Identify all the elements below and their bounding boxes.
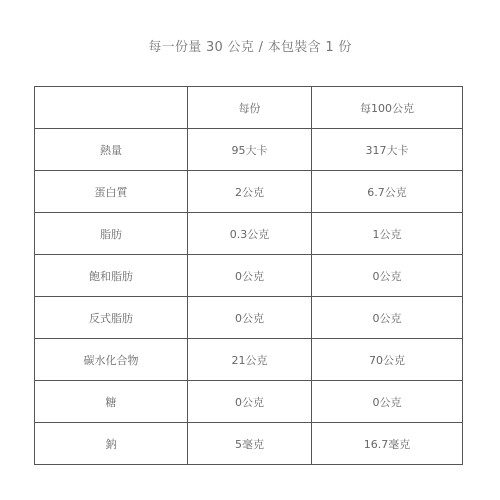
per-serving-value: 0.3公克 [188, 213, 312, 255]
table-row-protein: 蛋白質 2公克 6.7公克 [35, 171, 463, 213]
per-100g-value: 1公克 [312, 213, 463, 255]
header-nutrient [35, 87, 188, 129]
table-row-sugar: 糖 0公克 0公克 [35, 381, 463, 423]
per-serving-value: 5毫克 [188, 423, 312, 465]
nutrient-name: 飽和脂肪 [35, 255, 188, 297]
table-row-energy: 熱量 95大卡 317大卡 [35, 129, 463, 171]
per-100g-value: 317大卡 [312, 129, 463, 171]
per-serving-value: 95大卡 [188, 129, 312, 171]
per-serving-value: 0公克 [188, 255, 312, 297]
table-row-trans-fat: 反式脂肪 0公克 0公克 [35, 297, 463, 339]
nutrition-facts-table: 每份 每100公克 熱量 95大卡 317大卡 蛋白質 2公克 6.7公克 脂肪… [34, 86, 463, 465]
nutrient-name: 反式脂肪 [35, 297, 188, 339]
nutrient-name: 蛋白質 [35, 171, 188, 213]
per-100g-value: 70公克 [312, 339, 463, 381]
per-100g-value: 16.7毫克 [312, 423, 463, 465]
nutrient-name: 熱量 [35, 129, 188, 171]
nutrient-name: 鈉 [35, 423, 188, 465]
table-row-sodium: 鈉 5毫克 16.7毫克 [35, 423, 463, 465]
per-100g-value: 0公克 [312, 297, 463, 339]
table-row-fat: 脂肪 0.3公克 1公克 [35, 213, 463, 255]
per-100g-value: 6.7公克 [312, 171, 463, 213]
per-serving-value: 21公克 [188, 339, 312, 381]
nutrient-name: 糖 [35, 381, 188, 423]
table-row-saturated-fat: 飽和脂肪 0公克 0公克 [35, 255, 463, 297]
serving-size-caption: 每一份量 30 公克 / 本包裝含 1 份 [0, 36, 500, 55]
per-100g-value: 0公克 [312, 381, 463, 423]
header-per-100g: 每100公克 [312, 87, 463, 129]
header-per-serving: 每份 [188, 87, 312, 129]
per-serving-value: 2公克 [188, 171, 312, 213]
per-serving-value: 0公克 [188, 381, 312, 423]
table-header-row: 每份 每100公克 [35, 87, 463, 129]
per-100g-value: 0公克 [312, 255, 463, 297]
nutrient-name: 碳水化合物 [35, 339, 188, 381]
per-serving-value: 0公克 [188, 297, 312, 339]
nutrient-name: 脂肪 [35, 213, 188, 255]
table-row-carbohydrate: 碳水化合物 21公克 70公克 [35, 339, 463, 381]
